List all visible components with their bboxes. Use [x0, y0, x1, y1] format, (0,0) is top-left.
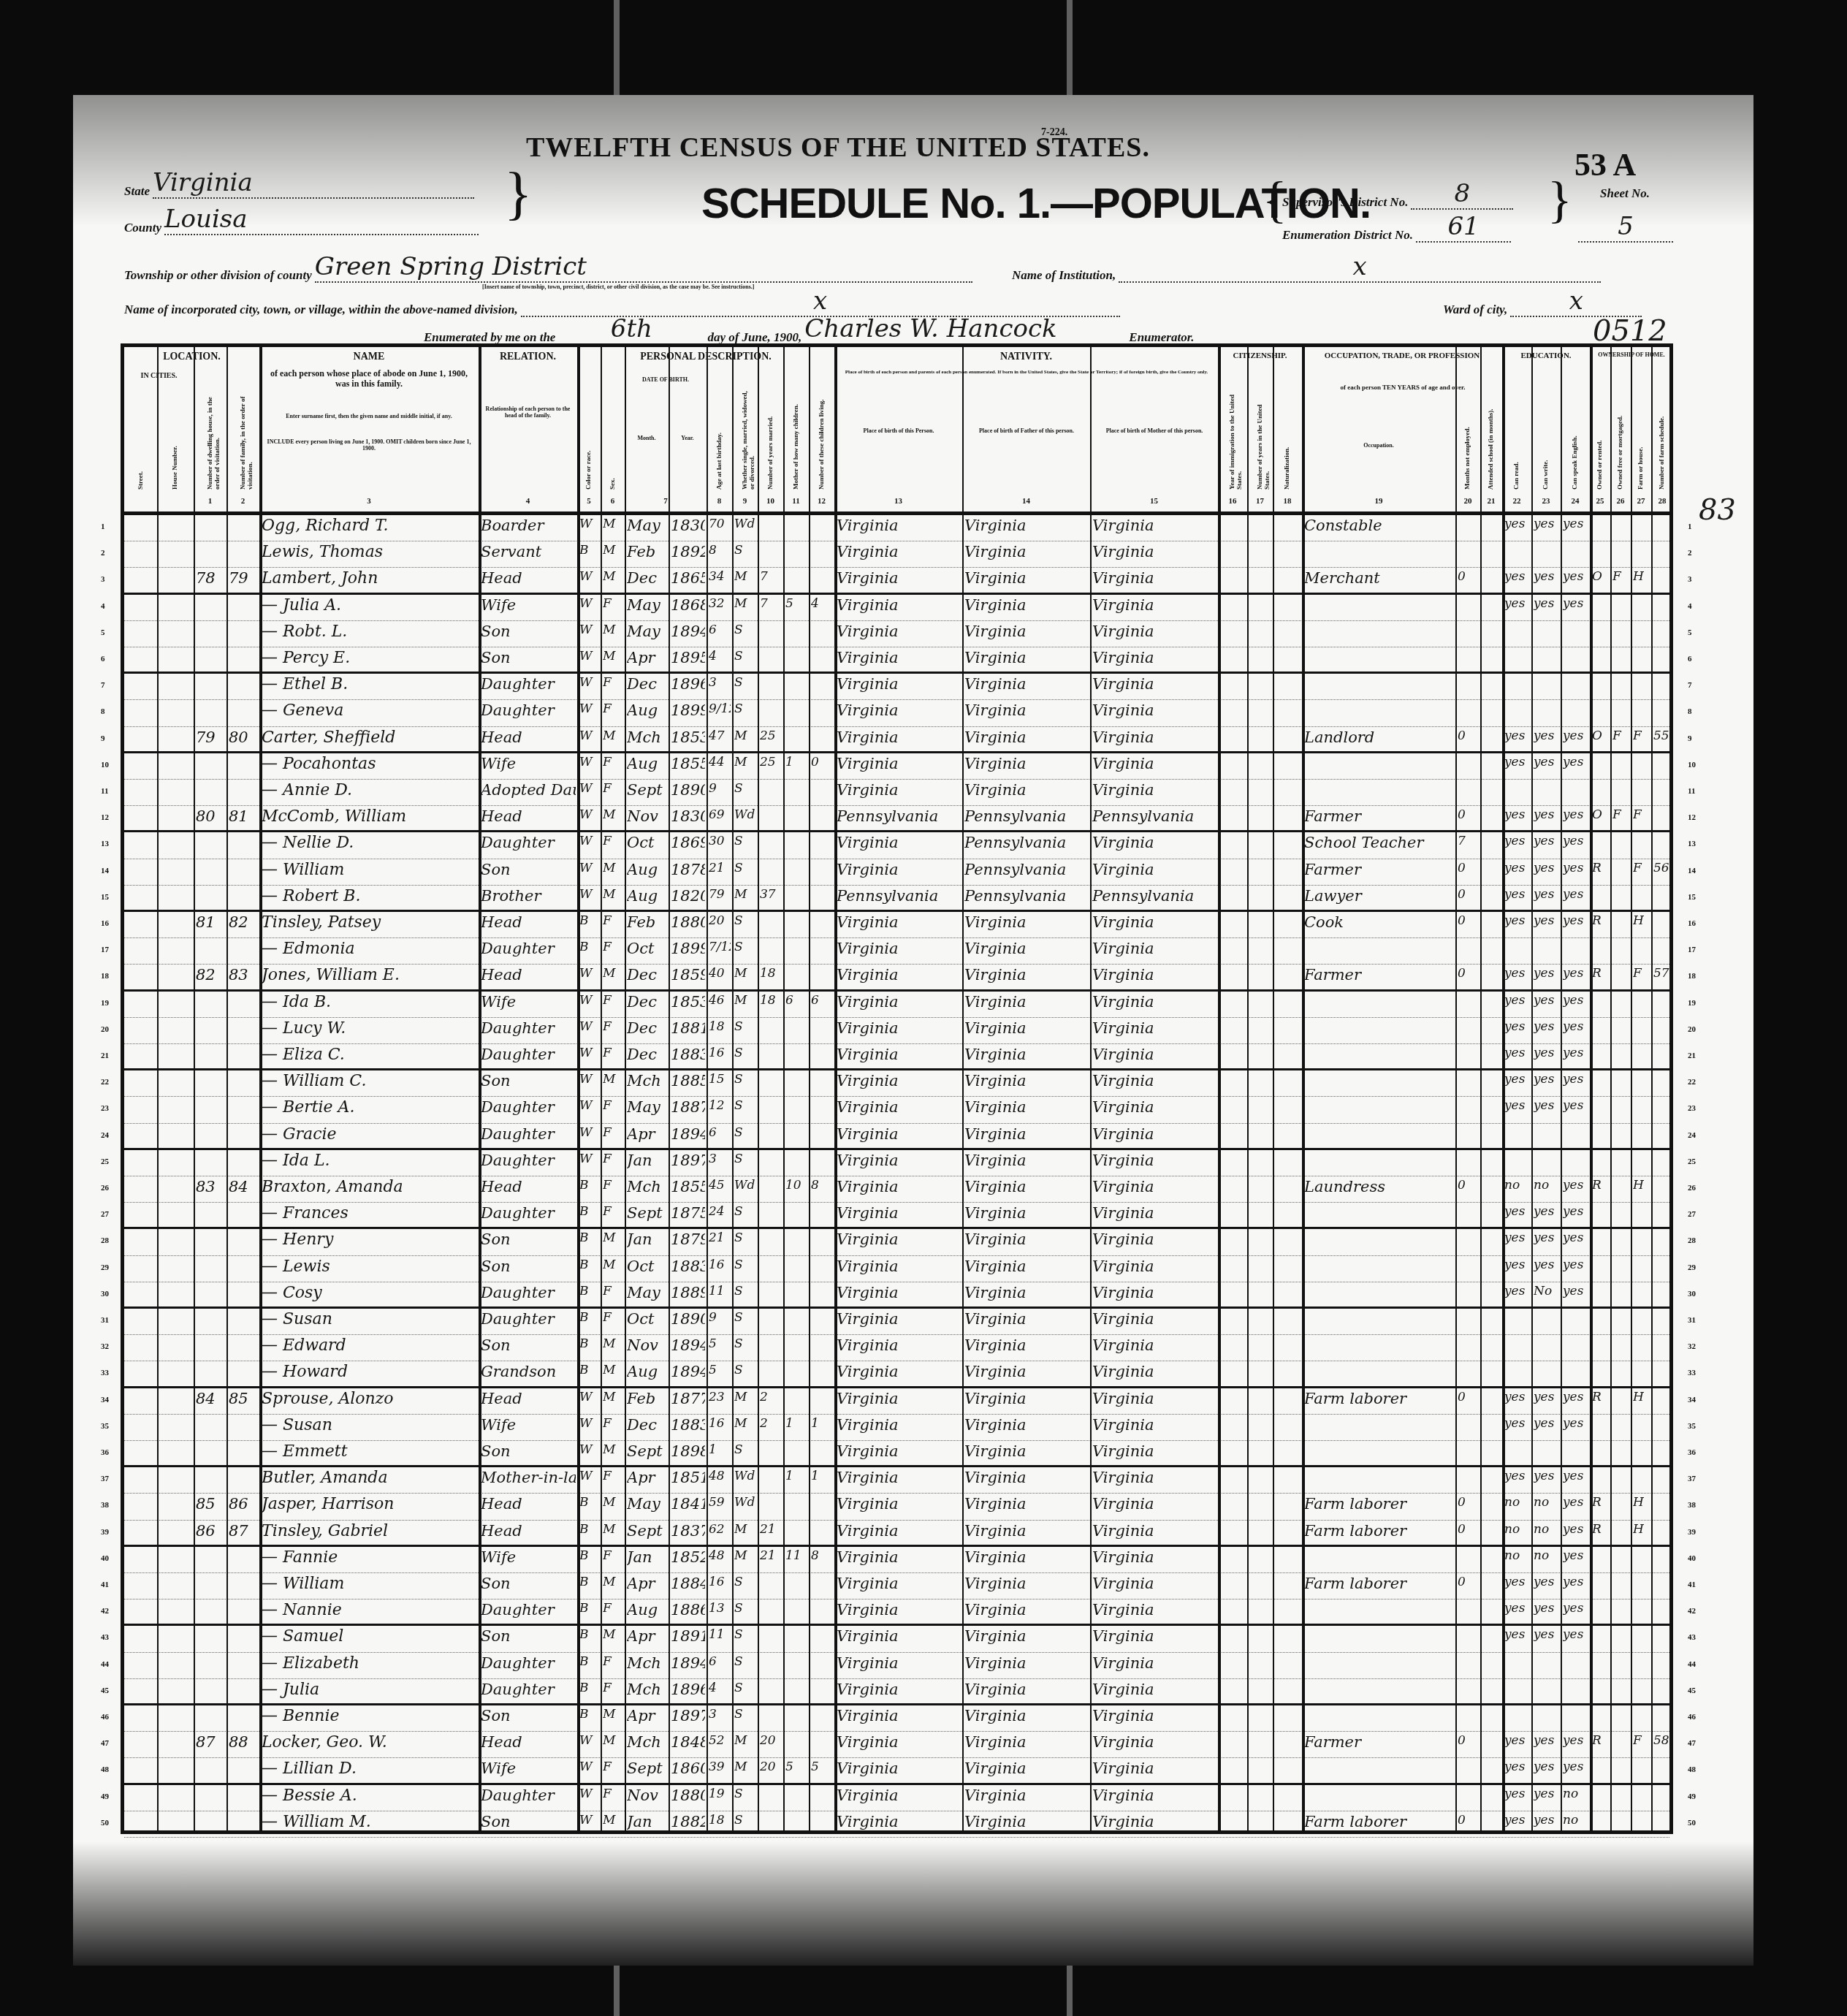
column-divider [758, 347, 759, 1830]
cell-mne [1458, 1336, 1479, 1360]
sheet-label: Sheet No. [1600, 186, 1650, 201]
cell-cl [811, 1284, 833, 1307]
cell-rel: Daughter [481, 1046, 576, 1069]
cell-age: 3 [709, 675, 731, 699]
cell-month: Dec [627, 993, 667, 1016]
line-number: 12 [1688, 813, 1696, 822]
cell-name: — Bennie [262, 1707, 477, 1730]
cell-mc [785, 649, 807, 672]
cell-own [1592, 1442, 1609, 1466]
cell-cl [811, 1098, 833, 1122]
header-personal-description: PERSONAL DESCRIPTION. [577, 351, 834, 363]
line-number: 16 [101, 919, 109, 928]
cell-read: yes [1504, 1072, 1530, 1095]
cell-age: 16 [709, 1258, 731, 1281]
cell-rel: Wife [481, 596, 576, 620]
cell-bf: Virginia [964, 993, 1089, 1016]
cell-bf: Virginia [964, 1707, 1089, 1730]
cell-occ: Farm laborer [1304, 1522, 1454, 1545]
header-rotated-label: Owned free or mortgaged. [1616, 391, 1623, 490]
cell-read [1504, 543, 1530, 566]
cell-fm [1612, 1019, 1629, 1043]
cell-age: 30 [709, 834, 731, 857]
cell-age: 59 [709, 1495, 731, 1518]
cell-ym [760, 1707, 782, 1730]
line-number: 46 [101, 1713, 109, 1722]
cell-mne: 0 [1458, 1733, 1479, 1757]
cell-occ [1304, 543, 1454, 566]
cell-mar: S [734, 1072, 756, 1095]
cell-fam [229, 887, 258, 910]
cell-ym [760, 1019, 782, 1043]
header-name-desc: of each person whose place of abode on J… [267, 369, 471, 389]
cell-occ [1304, 1046, 1454, 1069]
cell-fm [1612, 623, 1629, 646]
cell-ym: 25 [760, 729, 782, 752]
cell-year: 1891 [671, 1627, 705, 1651]
cell-rel: Daughter [481, 1681, 576, 1704]
column-number: 15 [1090, 497, 1218, 506]
cell-name: — Lucy W. [262, 1019, 477, 1043]
line-number: 19 [101, 999, 109, 1008]
cell-sex: M [603, 1627, 623, 1651]
cell-bm: Virginia [1092, 623, 1216, 646]
cell-mar: S [734, 1363, 756, 1386]
column-number: 11 [783, 497, 809, 506]
cell-age: 9 [709, 1310, 731, 1334]
cell-write: no [1534, 1178, 1559, 1201]
cell-rel: Daughter [481, 1284, 576, 1307]
cell-sex: F [603, 1681, 623, 1704]
cell-mar: S [734, 834, 756, 857]
cell-write [1534, 1336, 1559, 1360]
cell-fh [1633, 1152, 1650, 1175]
cell-ym [760, 807, 782, 831]
cell-dw [196, 1601, 225, 1624]
cell-occ [1304, 1230, 1454, 1254]
cell-eng [1563, 649, 1588, 672]
table-row: — PocahontasWifeWFAug185544M2510Virginia… [124, 753, 1669, 780]
column-number: 12 [809, 497, 834, 506]
cell-write: yes [1534, 1733, 1559, 1757]
cell-mne [1458, 993, 1479, 1016]
cell-occ [1304, 1019, 1454, 1043]
cell-read: yes [1504, 1760, 1530, 1783]
cell-ym: 2 [760, 1416, 782, 1439]
cell-mc: 1 [785, 1416, 807, 1439]
column-divider [1218, 347, 1221, 1830]
cell-month: May [627, 1098, 667, 1122]
cell-own: O [1592, 729, 1609, 752]
cell-own [1592, 675, 1609, 699]
cell-write: yes [1534, 1416, 1559, 1439]
cell-fm [1612, 1204, 1629, 1228]
table-row: — Julia A.WifeWFMay186832M754VirginiaVir… [124, 595, 1669, 621]
cell-rel: Wife [481, 1416, 576, 1439]
cell-occ [1304, 1363, 1454, 1386]
cell-rel: Daughter [481, 940, 576, 963]
cell-own [1592, 940, 1609, 963]
cell-rel: Wife [481, 1760, 576, 1783]
cell-age: 9/12 [709, 701, 731, 725]
cell-mne [1458, 1230, 1479, 1254]
cell-bm: Virginia [1092, 569, 1216, 593]
cell-name: — Annie D. [262, 781, 477, 805]
cell-dw: 78 [196, 569, 225, 593]
cell-sched [1653, 623, 1672, 646]
line-number: 6 [101, 655, 105, 663]
cell-bp: Virginia [837, 1654, 961, 1678]
cell-occ [1304, 1627, 1454, 1651]
column-number: 9 [732, 497, 758, 506]
cell-own [1592, 1760, 1609, 1783]
cell-sched [1653, 569, 1672, 593]
cell-sex: M [603, 861, 623, 884]
cell-dw [196, 1019, 225, 1043]
line-number: 23 [101, 1104, 109, 1113]
cell-mne: 0 [1458, 913, 1479, 937]
cell-color: B [579, 1522, 599, 1545]
cell-bf: Virginia [964, 1469, 1089, 1492]
cell-own [1592, 1098, 1609, 1122]
cell-occ: School Teacher [1304, 834, 1454, 857]
cell-fh: F [1633, 807, 1650, 831]
cell-fm [1612, 1416, 1629, 1439]
line-number: 49 [101, 1792, 109, 1801]
cell-mc [785, 781, 807, 805]
cell-mne [1458, 1654, 1479, 1678]
cell-cl: 1 [811, 1416, 833, 1439]
cell-age: 4 [709, 1681, 731, 1704]
cell-bf: Virginia [964, 1787, 1089, 1810]
cell-year: 1859 [671, 966, 705, 989]
cell-fm [1612, 913, 1629, 937]
cell-sex: M [603, 569, 623, 593]
cell-fh [1633, 701, 1650, 725]
table-row: — Robt. L.SonWMMay18946SVirginiaVirginia… [124, 621, 1669, 647]
cell-year: 1899 [671, 940, 705, 963]
cell-fm [1612, 1813, 1629, 1836]
cell-name: — Pocahontas [262, 755, 477, 778]
column-divider [226, 347, 228, 1830]
line-number: 3 [101, 575, 105, 584]
cell-cl [811, 1336, 833, 1360]
cell-color: W [579, 1760, 599, 1783]
line-number: 17 [1688, 946, 1696, 954]
cell-sex: M [603, 1522, 623, 1545]
cell-read: yes [1504, 1390, 1530, 1413]
cell-fam: 84 [229, 1178, 258, 1201]
cell-read [1504, 1125, 1530, 1149]
cell-fm [1612, 755, 1629, 778]
header-year: Year. [669, 435, 707, 441]
cell-mar: S [734, 1813, 756, 1836]
cell-sex: F [603, 1098, 623, 1122]
cell-bp: Virginia [837, 1046, 961, 1069]
cell-write: yes [1534, 887, 1559, 910]
cell-sched [1653, 1152, 1672, 1175]
cell-own [1592, 834, 1609, 857]
table-row: — SamuelSonBMApr189111SVirginiaVirginiaV… [124, 1626, 1669, 1652]
cell-name: — Cosy [262, 1284, 477, 1307]
table-row: — LewisSonBMOct188316SVirginiaVirginiaVi… [124, 1256, 1669, 1282]
cell-dw [196, 1363, 225, 1386]
cell-eng: yes [1563, 729, 1588, 752]
cell-year: 1897 [671, 1152, 705, 1175]
township-label: Township or other division of county [124, 268, 312, 282]
cell-year: 1883 [671, 1046, 705, 1069]
cell-rel: Son [481, 1627, 576, 1651]
cell-year: 1897 [671, 1707, 705, 1730]
cell-rel: Son [481, 1072, 576, 1095]
cell-occ [1304, 993, 1454, 1016]
cell-bp: Virginia [837, 675, 961, 699]
cell-cl [811, 1258, 833, 1281]
cell-ym [760, 1284, 782, 1307]
cell-name: Braxton, Amanda [262, 1178, 477, 1201]
cell-eng [1563, 1363, 1588, 1386]
line-number: 5 [1688, 628, 1692, 637]
cell-fm [1612, 1390, 1629, 1413]
cell-fh [1633, 517, 1650, 540]
cell-age: 5 [709, 1363, 731, 1386]
line-number: 32 [101, 1342, 109, 1351]
cell-bm: Virginia [1092, 1046, 1216, 1069]
cell-ym: 20 [760, 1733, 782, 1757]
line-number: 38 [1688, 1501, 1696, 1510]
line-number: 37 [101, 1475, 109, 1483]
line-number: 24 [101, 1131, 109, 1140]
cell-bp: Virginia [837, 1813, 961, 1836]
cell-occ: Landlord [1304, 729, 1454, 752]
cell-name: Butler, Amanda [262, 1469, 477, 1492]
cell-age: 48 [709, 1548, 731, 1572]
cell-color: W [579, 1390, 599, 1413]
header-rotated-label: Can speak English. [1571, 391, 1578, 490]
cell-ym [760, 1204, 782, 1228]
cell-sex: F [603, 1204, 623, 1228]
cell-sex: F [603, 675, 623, 699]
cell-sched [1653, 1178, 1672, 1201]
column-divider [479, 347, 481, 1830]
column-number: 25 [1590, 497, 1610, 506]
header-month: Month. [625, 435, 669, 441]
cell-bf: Virginia [964, 1442, 1089, 1466]
cell-name: — Ida L. [262, 1152, 477, 1175]
cell-occ [1304, 1548, 1454, 1572]
cell-read [1504, 1310, 1530, 1334]
cell-name: Locker, Geo. W. [262, 1733, 477, 1757]
cell-mne [1458, 1046, 1479, 1069]
cell-bp: Virginia [837, 861, 961, 884]
cell-dw: 84 [196, 1390, 225, 1413]
cell-age: 16 [709, 1416, 731, 1439]
cell-year: 1894 [671, 1336, 705, 1360]
cell-occ: Farm laborer [1304, 1575, 1454, 1598]
column-number: 14 [962, 497, 1090, 506]
header-name: NAME [259, 351, 479, 363]
cell-mc [785, 1258, 807, 1281]
cell-year: 1892 [671, 543, 705, 566]
cell-sched [1653, 596, 1672, 620]
cell-own [1592, 701, 1609, 725]
header-rotated-label: Months not employed. [1463, 391, 1471, 490]
cell-sex: F [603, 1046, 623, 1069]
cell-color: W [579, 729, 599, 752]
cell-bf: Virginia [964, 1284, 1089, 1307]
cell-bm: Virginia [1092, 1654, 1216, 1678]
cell-rel: Daughter [481, 1787, 576, 1810]
line-number: 38 [101, 1501, 109, 1510]
cell-cl [811, 1495, 833, 1518]
cell-color: B [579, 1495, 599, 1518]
cell-fm [1612, 966, 1629, 989]
cell-bf: Virginia [964, 1760, 1089, 1783]
table-row: — Bertie A.DaughterWFMay188712SVirginiaV… [124, 1097, 1669, 1123]
cell-bp: Virginia [837, 913, 961, 937]
cell-mne [1458, 1548, 1479, 1572]
cell-bm: Virginia [1092, 1707, 1216, 1730]
cell-mar: S [734, 1787, 756, 1810]
cell-write: yes [1534, 755, 1559, 778]
cell-name: — Edmonia [262, 940, 477, 963]
cell-year: 1883 [671, 1258, 705, 1281]
cell-mar: M [734, 1390, 756, 1413]
cell-age: 16 [709, 1046, 731, 1069]
state-label: State [124, 184, 150, 198]
cell-dw: 83 [196, 1178, 225, 1201]
cell-age: 48 [709, 1469, 731, 1492]
cell-rel: Daughter [481, 1019, 576, 1043]
cell-eng [1563, 675, 1588, 699]
cell-cl [811, 1019, 833, 1043]
cell-fh: F [1633, 861, 1650, 884]
cell-bm: Virginia [1092, 1204, 1216, 1228]
cell-read [1504, 675, 1530, 699]
cell-month: Feb [627, 1390, 667, 1413]
cell-sex: M [603, 623, 623, 646]
cell-name: — Eliza C. [262, 1046, 477, 1069]
cell-fam [229, 1442, 258, 1466]
line-number: 3 [1688, 575, 1692, 584]
cell-fm [1612, 1601, 1629, 1624]
supervisor-value: 8 [1411, 179, 1513, 210]
cell-bf: Pennsylvania [964, 807, 1089, 831]
line-number: 49 [1688, 1792, 1696, 1801]
cell-month: Oct [627, 1258, 667, 1281]
cell-age: 8 [709, 543, 731, 566]
cell-fam: 82 [229, 913, 258, 937]
cell-eng: yes [1563, 1627, 1588, 1651]
cell-color: B [579, 1336, 599, 1360]
cell-rel: Head [481, 1495, 576, 1518]
cell-name: — Bessie A. [262, 1787, 477, 1810]
cell-write: No [1534, 1284, 1559, 1307]
cell-bf: Virginia [964, 1204, 1089, 1228]
cell-month: May [627, 1284, 667, 1307]
line-number: 50 [1688, 1819, 1696, 1827]
cell-fh [1633, 1787, 1650, 1810]
cell-color: B [579, 1204, 599, 1228]
cell-bp: Virginia [837, 1390, 961, 1413]
cell-eng [1563, 543, 1588, 566]
cell-fam [229, 1204, 258, 1228]
column-number: 23 [1531, 497, 1561, 506]
line-number: 23 [1688, 1104, 1696, 1113]
cell-sex: F [603, 1310, 623, 1334]
cell-eng [1563, 1654, 1588, 1678]
cell-name: — Susan [262, 1310, 477, 1334]
cell-month: Dec [627, 1019, 667, 1043]
line-number: 15 [1688, 893, 1696, 902]
cell-occ [1304, 701, 1454, 725]
cell-occ [1304, 1469, 1454, 1492]
cell-rel: Brother [481, 887, 576, 910]
cell-year: 1841 [671, 1495, 705, 1518]
cell-year: 1837 [671, 1522, 705, 1545]
cell-read: yes [1504, 1019, 1530, 1043]
column-divider [157, 347, 159, 1830]
cell-bp: Virginia [837, 1258, 961, 1281]
cell-fm [1612, 1627, 1629, 1651]
cell-mar: Wd [734, 517, 756, 540]
cell-year: 1852 [671, 1548, 705, 1572]
cell-bp: Virginia [837, 1310, 961, 1334]
cell-name: — Elizabeth [262, 1654, 477, 1678]
cell-color: W [579, 1733, 599, 1757]
cell-occ: Cook [1304, 913, 1454, 937]
cell-bf: Virginia [964, 913, 1089, 937]
cell-month: Feb [627, 913, 667, 937]
cell-rel: Daughter [481, 675, 576, 699]
header-rotated-label: Can write. [1542, 391, 1549, 490]
cell-bp: Virginia [837, 1681, 961, 1704]
cell-mne [1458, 1627, 1479, 1651]
cell-mne: 0 [1458, 807, 1479, 831]
cell-eng: yes [1563, 1230, 1588, 1254]
cell-read: yes [1504, 993, 1530, 1016]
cell-bm: Virginia [1092, 543, 1216, 566]
cell-bf: Pennsylvania [964, 887, 1089, 910]
cell-sex: M [603, 1733, 623, 1757]
cell-own: R [1592, 861, 1609, 884]
cell-occ [1304, 1601, 1454, 1624]
cell-own [1592, 1363, 1609, 1386]
cell-rel: Adopted Dau [481, 781, 576, 805]
cell-sex: F [603, 1284, 623, 1307]
cell-dw [196, 1442, 225, 1466]
table-row: — Robert B.BrotherWMAug182079M37Pennsylv… [124, 886, 1669, 912]
header-rotated-label: Year of immigration to the United States… [1228, 391, 1243, 490]
line-number: 34 [101, 1396, 109, 1404]
cell-fam [229, 701, 258, 725]
table-row: — Ida B.WifeWFDec185346M1866VirginiaVirg… [124, 992, 1669, 1018]
cell-mar: M [734, 966, 756, 989]
cell-fam [229, 623, 258, 646]
column-number: 28 [1651, 497, 1673, 506]
cell-cl: 8 [811, 1548, 833, 1572]
line-number: 9 [101, 734, 105, 743]
column-number: 10 [758, 497, 783, 506]
cell-sched [1653, 807, 1672, 831]
cell-year: 1880 [671, 913, 705, 937]
cell-eng: yes [1563, 1733, 1588, 1757]
cell-read [1504, 1654, 1530, 1678]
cell-mne [1458, 1152, 1479, 1175]
population-table: LOCATION.NAMERELATION.PERSONAL DESCRIPTI… [121, 343, 1673, 1834]
cell-fam [229, 1284, 258, 1307]
cell-bm: Virginia [1092, 1681, 1216, 1704]
